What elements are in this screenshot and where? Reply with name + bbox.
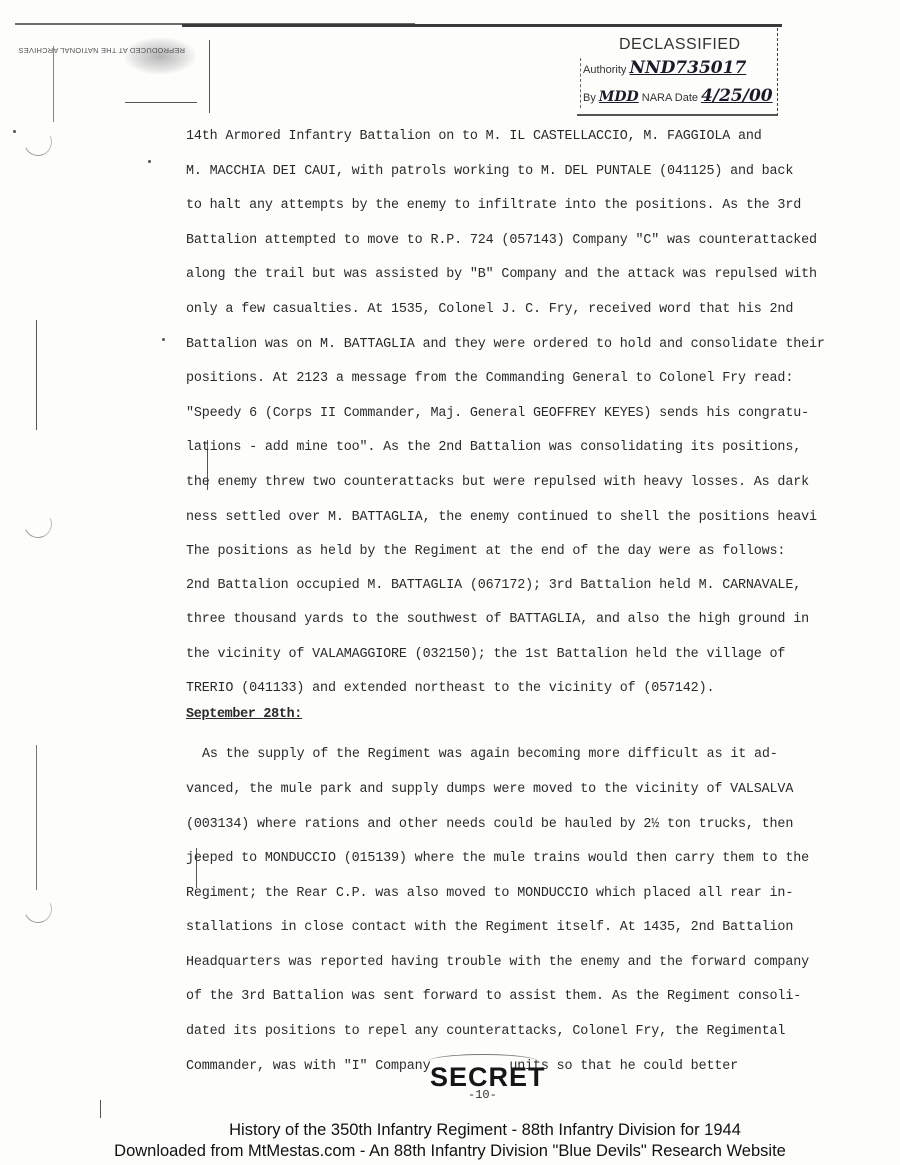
text-line: Headquarters was reported having trouble…: [186, 946, 886, 981]
authority-row: Authority NND735017: [583, 58, 746, 78]
punch-hole: [20, 506, 56, 542]
text-line: Regiment; the Rear C.P. was also moved t…: [186, 877, 886, 912]
stamp-border: [580, 58, 582, 108]
top-rule: [182, 24, 782, 27]
margin-mark: [36, 745, 37, 890]
speck: [148, 160, 151, 163]
scan-line: [209, 40, 210, 113]
punch-hole: [20, 891, 56, 927]
text-line: "Speedy 6 (Corps II Commander, Maj. Gene…: [186, 397, 886, 432]
text-line: positions. At 2123 a message from the Co…: [186, 362, 886, 397]
speck: [13, 130, 16, 133]
ink-smudge: [125, 38, 195, 74]
text-line: only a few casualties. At 1535, Colonel …: [186, 293, 886, 328]
authority-value: NND735017: [629, 58, 746, 78]
by-row: By MDD NARA Date 4/25/00: [583, 86, 773, 106]
authority-label: Authority: [583, 64, 626, 76]
text-line: to halt any attempts by the enemy to inf…: [186, 189, 886, 224]
text-line: dated its positions to repel any counter…: [186, 1015, 886, 1050]
text-line: the vicinity of VALAMAGGIORE (032150); t…: [186, 638, 886, 673]
by-label: By: [583, 92, 596, 104]
page-number: -10-: [468, 1088, 497, 1102]
speck: [162, 338, 165, 341]
by-value: MDD: [599, 89, 639, 105]
declassified-title: DECLASSIFIED: [619, 36, 741, 54]
text-line: 14th Armored Infantry Battalion on to M.…: [186, 120, 886, 155]
text-line: three thousand yards to the southwest of…: [186, 603, 886, 638]
punch-hole: [20, 124, 56, 160]
document-page: REPRODUCED AT THE NATIONAL ARCHIVES DECL…: [0, 0, 900, 1165]
text-line: Battalion attempted to move to R.P. 724 …: [186, 224, 886, 259]
stamp-border: [125, 102, 197, 103]
date-value: 4/25/00: [701, 86, 773, 106]
text-line: jeeped to MONDUCCIO (015139) where the m…: [186, 842, 886, 877]
text-line: the enemy threw two counterattacks but w…: [186, 466, 886, 501]
text-line: M. MACCHIA DEI CAUI, with patrols workin…: [186, 155, 886, 190]
margin-mark: [100, 1100, 101, 1118]
footer-title: History of the 350th Infantry Regiment -…: [0, 1121, 900, 1140]
text-line: 2nd Battalion occupied M. BATTAGLIA (067…: [186, 568, 886, 603]
document-body: 14th Armored Infantry Battalion on to M.…: [186, 120, 886, 1084]
nara-date-label: NARA Date: [642, 92, 698, 104]
text-line: stallations in close contact with the Re…: [186, 911, 886, 946]
text-line: The positions as held by the Regiment at…: [186, 535, 886, 568]
text-line: (003134) where rations and other needs c…: [186, 808, 886, 843]
declassified-stamp: DECLASSIFIED Authority NND735017 By MDD …: [577, 28, 778, 116]
text-line: Battalion was on M. BATTAGLIA and they w…: [186, 328, 886, 363]
archive-stamp-text: REPRODUCED AT THE NATIONAL ARCHIVES: [15, 46, 185, 55]
margin-mark: [36, 320, 37, 430]
stamp-border: [53, 46, 54, 122]
text-line: ness settled over M. BATTAGLIA, the enem…: [186, 501, 886, 536]
text-line: lations - add mine too". As the 2nd Batt…: [186, 431, 886, 466]
footer-source: Downloaded from MtMestas.com - An 88th I…: [0, 1142, 900, 1161]
section-heading: September 28th:: [186, 707, 302, 722]
text-line: TRERIO (041133) and extended northeast t…: [186, 672, 886, 702]
text-line: of the 3rd Battalion was sent forward to…: [186, 980, 886, 1015]
text-line: As the supply of the Regiment was again …: [186, 738, 886, 773]
text-line: vanced, the mule park and supply dumps w…: [186, 773, 886, 808]
text-line: along the trail but was assisted by "B" …: [186, 258, 886, 293]
archive-stamp: REPRODUCED AT THE NATIONAL ARCHIVES: [15, 24, 183, 80]
